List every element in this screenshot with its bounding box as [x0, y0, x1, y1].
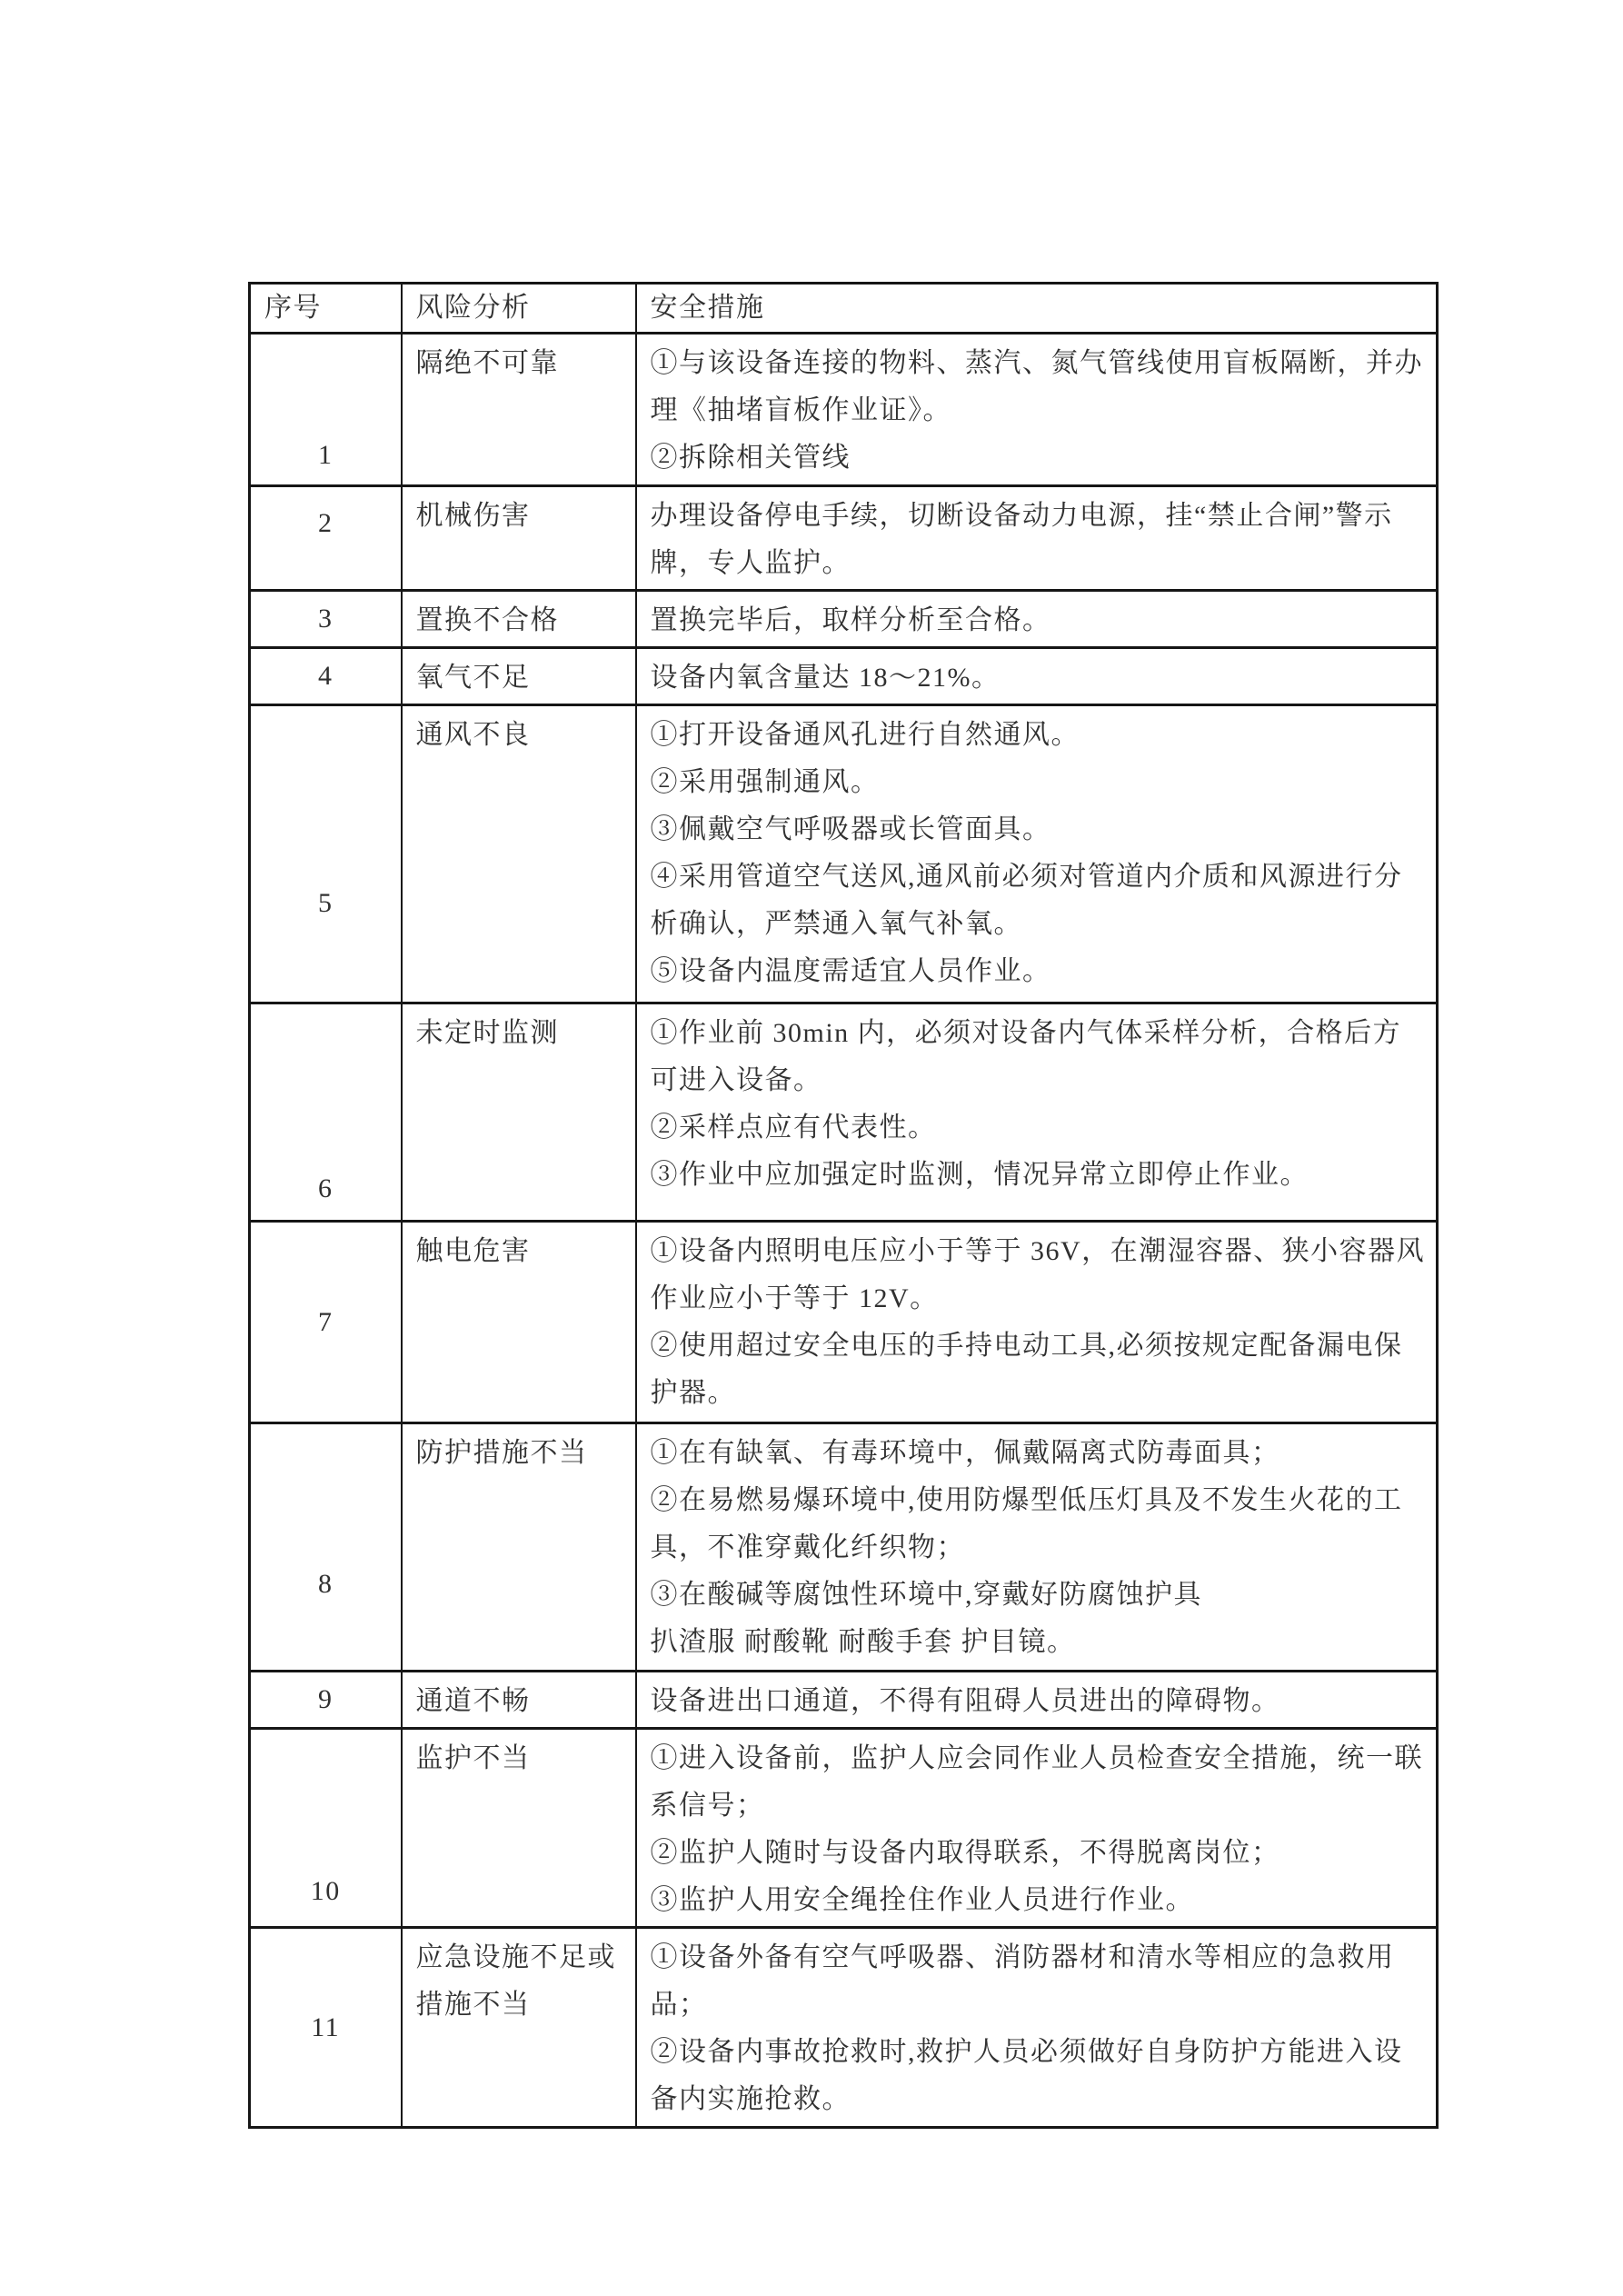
table-row: 2机械伤害办理设备停电手续，切断设备动力电源，挂“禁止合闸”警示牌，专人监护。 — [250, 486, 1438, 591]
serial-cell: 9 — [250, 1672, 402, 1729]
table-row: 5通风不良①打开设备通风孔进行自然通风。②采用强制通风。③佩戴空气呼吸器或长管面… — [250, 705, 1438, 1003]
measures-cell: 设备内氧含量达 18～21%。 — [636, 648, 1438, 705]
risk-analysis-table: 序号 风险分析 安全措施 1隔绝不可靠①与该设备连接的物料、蒸汽、氮气管线使用盲… — [248, 282, 1439, 2129]
measure-paragraph: ②在易燃易爆环境中,使用防爆型低压灯具及不发生火花的工具，不准穿戴化纤织物； — [651, 1477, 1429, 1572]
header-risk-analysis: 风险分析 — [402, 284, 636, 334]
measure-paragraph: ⑤设备内温度需适宜人员作业。 — [651, 948, 1429, 995]
measures-cell: ①进入设备前，监护人应会同作业人员检查安全措施，统一联系信号；②监护人随时与设备… — [636, 1729, 1438, 1928]
measure-paragraph: ①进入设备前，监护人应会同作业人员检查安全措施，统一联系信号； — [651, 1735, 1429, 1830]
measure-paragraph: ④采用管道空气送风,通风前必须对管道内介质和风源进行分析确认，严禁通入氧气补氧。 — [651, 854, 1429, 948]
measure-paragraph: 扒渣服 耐酸靴 耐酸手套 护目镜。 — [651, 1619, 1429, 1666]
measures-cell: 置换完毕后，取样分析至合格。 — [636, 591, 1438, 648]
serial-cell: 10 — [250, 1729, 402, 1928]
serial-cell: 7 — [250, 1222, 402, 1423]
risk-cell: 氧气不足 — [402, 648, 636, 705]
measure-paragraph: ②拆除相关管线 — [651, 434, 1429, 482]
measure-paragraph: ③在酸碱等腐蚀性环境中,穿戴好防腐蚀护具 — [651, 1572, 1429, 1619]
serial-cell: 5 — [250, 705, 402, 1003]
measure-paragraph: ②设备内事故抢救时,救护人员必须做好自身防护方能进入设备内实施抢救。 — [651, 2029, 1429, 2123]
table-row: 9通道不畅设备进出口通道，不得有阻碍人员进出的障碍物。 — [250, 1672, 1438, 1729]
measure-paragraph: ③佩戴空气呼吸器或长管面具。 — [651, 806, 1429, 854]
measure-paragraph: ②采样点应有代表性。 — [651, 1104, 1429, 1152]
measure-paragraph: ①打开设备通风孔进行自然通风。 — [651, 712, 1429, 759]
risk-cell: 触电危害 — [402, 1222, 636, 1423]
risk-cell: 置换不合格 — [402, 591, 636, 648]
serial-cell: 3 — [250, 591, 402, 648]
table-row: 7触电危害①设备内照明电压应小于等于 36V，在潮湿容器、狭小容器风作业应小于等… — [250, 1222, 1438, 1423]
document-page: 序号 风险分析 安全措施 1隔绝不可靠①与该设备连接的物料、蒸汽、氮气管线使用盲… — [0, 0, 1623, 2296]
serial-cell: 11 — [250, 1928, 402, 2128]
serial-cell: 6 — [250, 1003, 402, 1222]
risk-cell: 未定时监测 — [402, 1003, 636, 1222]
table-row: 8防护措施不当①在有缺氧、有毒环境中，佩戴隔离式防毒面具；②在易燃易爆环境中,使… — [250, 1423, 1438, 1672]
measure-paragraph: ①在有缺氧、有毒环境中，佩戴隔离式防毒面具； — [651, 1430, 1429, 1477]
serial-cell: 1 — [250, 334, 402, 486]
header-row: 序号 风险分析 安全措施 — [250, 284, 1438, 334]
table-row: 1隔绝不可靠①与该设备连接的物料、蒸汽、氮气管线使用盲板隔断，并办理《抽堵盲板作… — [250, 334, 1438, 486]
risk-cell: 通风不良 — [402, 705, 636, 1003]
risk-cell: 监护不当 — [402, 1729, 636, 1928]
table-body: 1隔绝不可靠①与该设备连接的物料、蒸汽、氮气管线使用盲板隔断，并办理《抽堵盲板作… — [250, 334, 1438, 2128]
risk-cell: 机械伤害 — [402, 486, 636, 591]
table-row: 6未定时监测①作业前 30min 内，必须对设备内气体采样分析，合格后方可进入设… — [250, 1003, 1438, 1222]
measure-paragraph: ①设备内照明电压应小于等于 36V，在潮湿容器、狭小容器风作业应小于等于 12V… — [651, 1228, 1429, 1323]
measure-paragraph: ③监护人用安全绳拴住作业人员进行作业。 — [651, 1877, 1429, 1924]
measure-paragraph: ②使用超过安全电压的手持电动工具,必须按规定配备漏电保护器。 — [651, 1323, 1429, 1417]
measure-paragraph: 设备进出口通道，不得有阻碍人员进出的障碍物。 — [651, 1678, 1429, 1725]
header-serial-number: 序号 — [250, 284, 402, 334]
serial-cell: 8 — [250, 1423, 402, 1672]
measure-paragraph: ③作业中应加强定时监测，情况异常立即停止作业。 — [651, 1152, 1429, 1199]
measures-cell: ①设备内照明电压应小于等于 36V，在潮湿容器、狭小容器风作业应小于等于 12V… — [636, 1222, 1438, 1423]
serial-cell: 2 — [250, 486, 402, 591]
measure-paragraph: 办理设备停电手续，切断设备动力电源，挂“禁止合闸”警示牌，专人监护。 — [651, 493, 1429, 587]
measures-cell: 设备进出口通道，不得有阻碍人员进出的障碍物。 — [636, 1672, 1438, 1729]
risk-cell: 防护措施不当 — [402, 1423, 636, 1672]
measures-cell: ①打开设备通风孔进行自然通风。②采用强制通风。③佩戴空气呼吸器或长管面具。④采用… — [636, 705, 1438, 1003]
measure-paragraph: ②监护人随时与设备内取得联系，不得脱离岗位； — [651, 1830, 1429, 1877]
serial-cell: 4 — [250, 648, 402, 705]
table-row: 3置换不合格置换完毕后，取样分析至合格。 — [250, 591, 1438, 648]
measures-cell: ①与该设备连接的物料、蒸汽、氮气管线使用盲板隔断，并办理《抽堵盲板作业证》。②拆… — [636, 334, 1438, 486]
measure-paragraph: ①作业前 30min 内，必须对设备内气体采样分析，合格后方可进入设备。 — [651, 1010, 1429, 1104]
header-safety-measures: 安全措施 — [636, 284, 1438, 334]
measure-paragraph: ①与该设备连接的物料、蒸汽、氮气管线使用盲板隔断，并办理《抽堵盲板作业证》。 — [651, 340, 1429, 434]
measures-cell: ①作业前 30min 内，必须对设备内气体采样分析，合格后方可进入设备。②采样点… — [636, 1003, 1438, 1222]
measures-cell: ①设备外备有空气呼吸器、消防器材和清水等相应的急救用品；②设备内事故抢救时,救护… — [636, 1928, 1438, 2128]
measure-paragraph: ①设备外备有空气呼吸器、消防器材和清水等相应的急救用品； — [651, 1934, 1429, 2029]
measure-paragraph: ②采用强制通风。 — [651, 759, 1429, 806]
risk-cell: 通道不畅 — [402, 1672, 636, 1729]
table-row: 4氧气不足设备内氧含量达 18～21%。 — [250, 648, 1438, 705]
measures-cell: 办理设备停电手续，切断设备动力电源，挂“禁止合闸”警示牌，专人监护。 — [636, 486, 1438, 591]
measure-paragraph: 设备内氧含量达 18～21%。 — [651, 654, 1429, 702]
table-row: 11应急设施不足或措施不当①设备外备有空气呼吸器、消防器材和清水等相应的急救用品… — [250, 1928, 1438, 2128]
risk-cell: 隔绝不可靠 — [402, 334, 636, 486]
measures-cell: ①在有缺氧、有毒环境中，佩戴隔离式防毒面具；②在易燃易爆环境中,使用防爆型低压灯… — [636, 1423, 1438, 1672]
measure-paragraph: 置换完毕后，取样分析至合格。 — [651, 597, 1429, 644]
table-row: 10监护不当①进入设备前，监护人应会同作业人员检查安全措施，统一联系信号；②监护… — [250, 1729, 1438, 1928]
risk-cell: 应急设施不足或措施不当 — [402, 1928, 636, 2128]
